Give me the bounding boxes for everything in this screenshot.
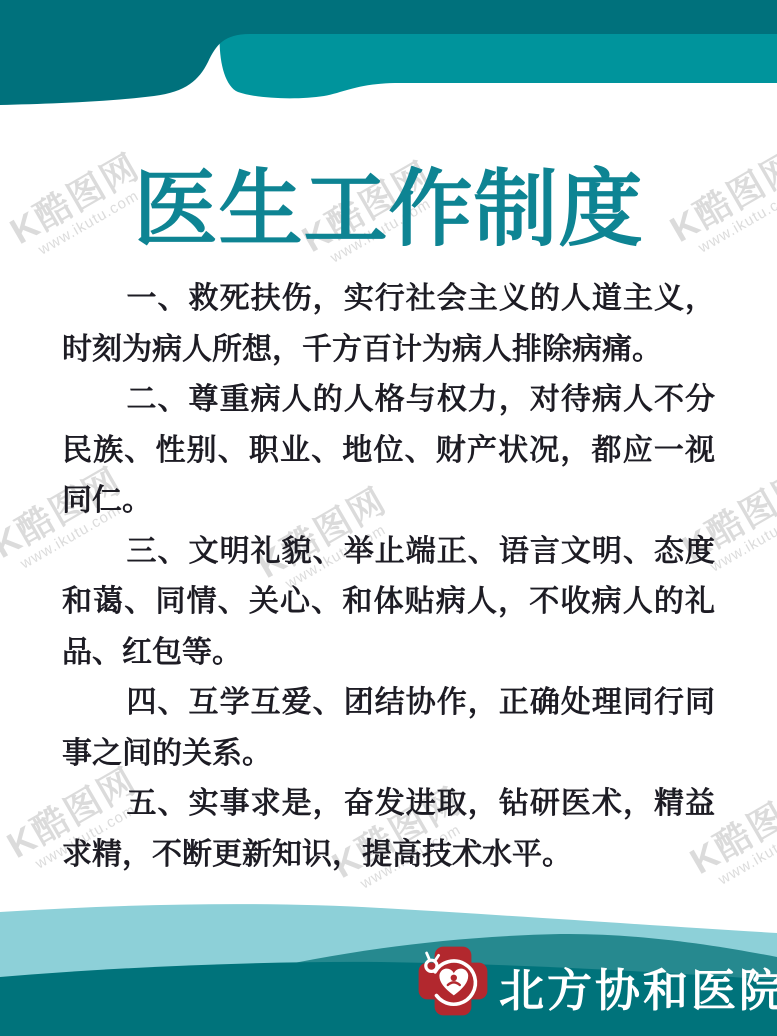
- hospital-logo-icon: [413, 941, 493, 1021]
- rules-text-block: 一、救死扶伤，实行社会主义的人道主义，时刻为病人所想，千方百计为病人排除病痛。 …: [62, 274, 715, 880]
- header-light-band: [220, 30, 777, 98]
- rule-item-5: 五、实事求是，奋发进取，钻研医术，精益求精，不断更新知识，提高技术水平。: [62, 779, 715, 880]
- rule-item-1: 一、救死扶伤，实行社会主义的人道主义，时刻为病人所想，千方百计为病人排除病痛。: [62, 274, 715, 375]
- rule-item-4: 四、互学互爱、团结协作，正确处理同行同事之间的关系。: [62, 678, 715, 779]
- header-wave-graphic: [0, 0, 777, 110]
- page-title: 医生工作制度: [0, 142, 777, 263]
- rule-item-3: 三、文明礼貌、举止端正、语言文明、态度和蔼、同情、关心、和体贴病人，不收病人的礼…: [62, 527, 715, 679]
- hospital-name: 北方协和医院: [499, 954, 777, 1019]
- rule-item-2: 二、尊重病人的人格与权力，对待病人不分民族、性别、职业、地位、财产状况，都应一视…: [62, 375, 715, 527]
- poster-page: K酷图网www.ikutu.com K酷图网www.ikutu.com K酷图网…: [0, 0, 777, 1036]
